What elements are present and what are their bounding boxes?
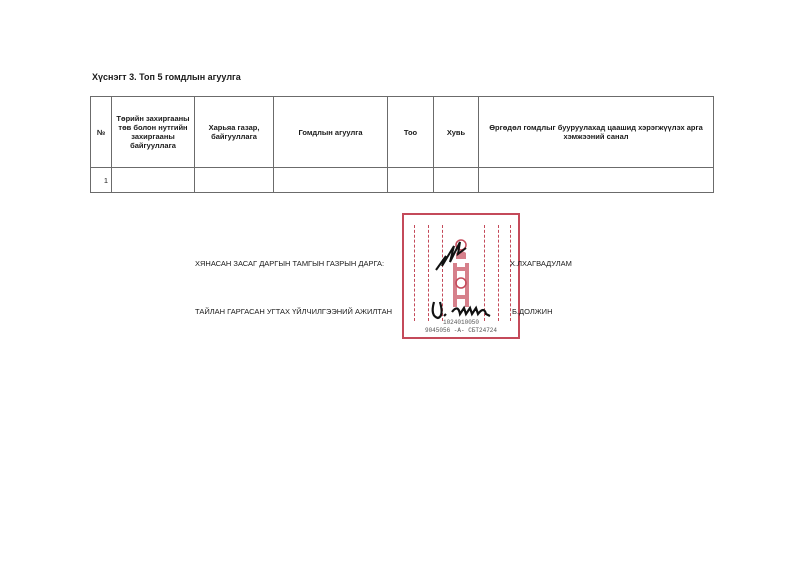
- cell-proposal: [479, 168, 714, 193]
- cell-count: [388, 168, 434, 193]
- header-count: Тоо: [388, 97, 434, 168]
- header-subordinate-organization: Харьяа газар, байгууллага: [195, 97, 274, 168]
- header-complaint-content: Гомдлын агуулга: [274, 97, 388, 168]
- header-central-local-organization: Төрийн захиргааны төв болон нутгийн захи…: [112, 97, 195, 168]
- reviewer-name: Х.ЛХАГВАДУЛАМ: [510, 259, 572, 268]
- cell-complaint: [274, 168, 388, 193]
- preparer-signature-icon: [428, 296, 506, 324]
- reviewer-signature-icon: [432, 236, 472, 276]
- preparer-role: ТАЙЛАН ГАРГАСАН УГТАХ ҮЙЛЧИЛГЭЭНИЙ АЖИЛТ…: [195, 307, 392, 316]
- cell-organization: [112, 168, 195, 193]
- table-row: 1: [91, 168, 714, 193]
- complaints-table: № Төрийн захиргааны төв болон нутгийн за…: [90, 96, 714, 193]
- stamp-script-column: [414, 225, 425, 321]
- header-number: №: [91, 97, 112, 168]
- cell-subordinate: [195, 168, 274, 193]
- header-proposal: Өргөдөл гомдлыг бууруулахад цаашид хэрэг…: [479, 97, 714, 168]
- stamp-code-2: 9045056 -А- СБТ24724: [404, 327, 518, 335]
- cell-percent: [434, 168, 479, 193]
- header-percent: Хувь: [434, 97, 479, 168]
- reviewer-role: ХЯНАСАН ЗАСАГ ДАРГЫН ТАМГЫН ГАЗРЫН ДАРГА…: [195, 259, 384, 268]
- preparer-name: Б.ДОЛЖИН: [512, 307, 553, 316]
- page-title: Хүснэгт 3. Топ 5 гомдлын агуулга: [92, 72, 241, 82]
- cell-number: 1: [91, 168, 112, 193]
- table-header-row: № Төрийн захиргааны төв болон нутгийн за…: [91, 97, 714, 168]
